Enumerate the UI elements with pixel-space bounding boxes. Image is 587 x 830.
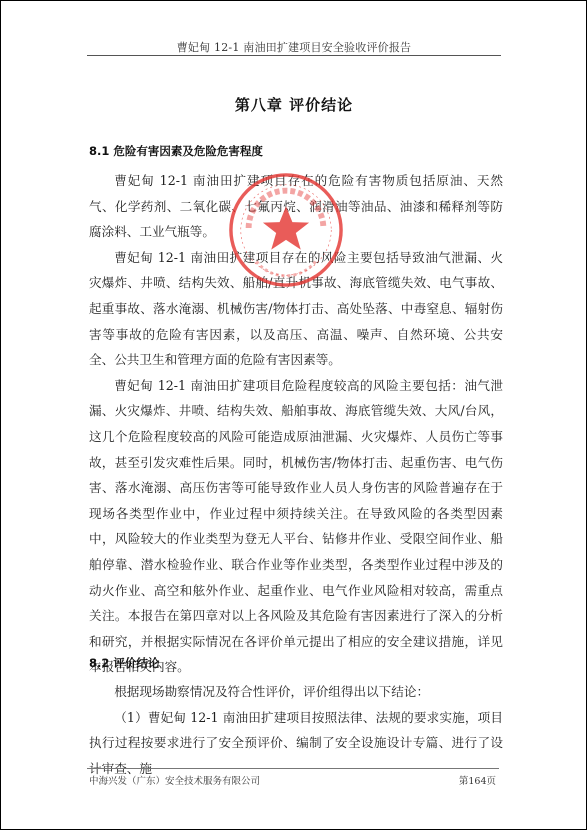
section-8-1-body: 曹妃甸 12-1 南油田扩建项目存在的危险有害物质包括原油、天然气、化学药剂、二… [89,168,503,680]
chapter-title: 第八章 评价结论 [87,94,501,115]
footer-page-number: 第164页 [459,773,496,787]
paragraph: 根据现场勘察情况及符合性评价，评价组得出以下结论： [89,679,503,705]
paragraph: 曹妃甸 12-1 南油田扩建项目存在的风险主要包括导致油气泄漏、火灾爆炸、井喷、… [89,245,503,373]
footer-rule [87,768,499,769]
footer-company: 中海兴发（广东）安全技术服务有限公司 [89,773,260,787]
header-rule [87,55,501,56]
document-page: 曹妃甸 12-1 南油田扩建项目安全验收评价报告 第八章 评价结论 8.1 危险… [0,0,587,830]
running-header: 曹妃甸 12-1 南油田扩建项目安全验收评价报告 [87,39,501,55]
section-heading-8-1: 8.1 危险有害因素及危险危害程度 [89,143,263,159]
paragraph: 曹妃甸 12-1 南油田扩建项目存在的危险有害物质包括原油、天然气、化学药剂、二… [89,168,503,245]
paragraph: （1）曹妃甸 12-1 南油田扩建项目按照法律、法规的要求实施，项目执行过程按要… [89,705,503,782]
section-8-2-body: 根据现场勘察情况及符合性评价，评价组得出以下结论： （1）曹妃甸 12-1 南油… [89,679,503,781]
section-heading-8-2: 8.2 评价结论 [89,655,159,671]
paragraph: 曹妃甸 12-1 南油田扩建项目危险程度较高的风险主要包括：油气泄漏、火灾爆炸、… [89,373,503,680]
